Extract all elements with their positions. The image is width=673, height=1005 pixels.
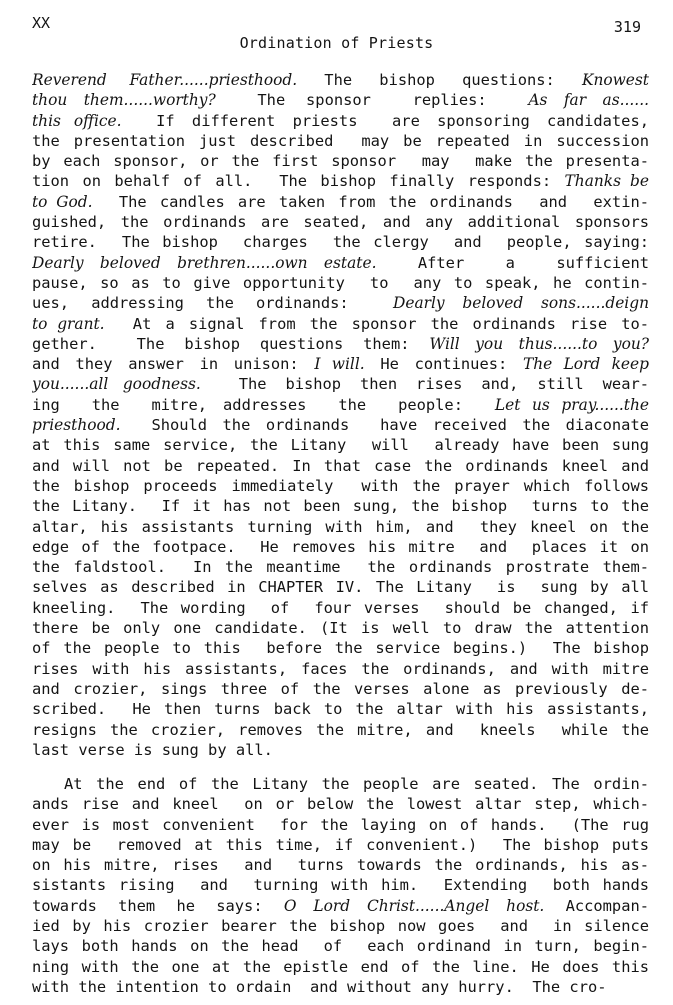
text-run: and they answer in unison:: [32, 355, 314, 373]
italic-quote: to God.: [32, 193, 93, 211]
chapter-label: XX: [32, 14, 50, 32]
text-run: on his mitre, rises and turns towards th…: [32, 856, 649, 874]
text-run: ever is most convenient for the laying o…: [32, 816, 649, 834]
text-run: The bishop questions:: [297, 71, 582, 89]
text-line: selves as described in CHAPTER IV. The L…: [32, 577, 649, 597]
text-run: the faldstool. In the meantime the ordin…: [32, 558, 649, 576]
text-run: the bishop proceeds immediately with the…: [32, 477, 649, 495]
text-line: towards them he says: O Lord Christ.....…: [32, 896, 649, 916]
text-run: there be only one candidate. (It is well…: [32, 619, 649, 637]
text-run: and crozier, sings three of the verses a…: [32, 680, 649, 698]
text-run: sistants rising and turning with him. Ex…: [32, 876, 649, 894]
text-run: At the end of the Litany the people are …: [64, 775, 649, 793]
text-line: you......all goodness. The bishop then r…: [32, 374, 649, 394]
text-run: last verse is sung by all.: [32, 741, 273, 759]
text-run: He continues:: [365, 355, 523, 373]
text-run: and will not be repeated. In that case t…: [32, 457, 649, 475]
text-run: with the intention to ordain and without…: [32, 978, 607, 996]
text-line: resigns the crozier, removes the mitre, …: [32, 720, 649, 740]
text-run: ands rise and kneel on or below the lowe…: [32, 795, 649, 813]
italic-quote: to grant.: [32, 315, 105, 333]
text-line: this office. If different priests are sp…: [32, 111, 649, 131]
italic-quote: I will.: [314, 355, 364, 373]
italic-quote: Let us pray......the: [495, 396, 649, 414]
text-run: Accompan-: [544, 897, 649, 915]
text-run: ing the mitre, addresses the people:: [32, 396, 495, 414]
text-line: and will not be repeated. In that case t…: [32, 456, 649, 476]
text-run: ning with the one at the epistle end of …: [32, 958, 649, 976]
text-line: Dearly beloved brethren......own estate.…: [32, 253, 649, 273]
text-line: last verse is sung by all.: [32, 740, 649, 760]
text-line: At the end of the Litany the people are …: [32, 774, 649, 794]
text-line: altar, his assistants turning with him, …: [32, 517, 649, 537]
text-line: thou them......worthy? The sponsor repli…: [32, 90, 649, 110]
text-run: guished, the ordinands are seated, and a…: [32, 213, 649, 231]
text-run: pause, so as to give opportunity to any …: [32, 274, 649, 292]
italic-quote: priesthood.: [32, 416, 121, 434]
text-line: ing the mitre, addresses the people: Let…: [32, 395, 649, 415]
text-line: ning with the one at the epistle end of …: [32, 957, 649, 977]
text-line: the bishop proceeds immediately with the…: [32, 476, 649, 496]
text-line: there be only one candidate. (It is well…: [32, 618, 649, 638]
text-run: towards them he says:: [32, 897, 284, 915]
italic-quote: Will you thus......to you?: [429, 335, 649, 353]
text-line: and crozier, sings three of the verses a…: [32, 679, 649, 699]
text-line: ues, addressing the ordinands: Dearly be…: [32, 293, 649, 313]
text-line: of the people to this before the service…: [32, 638, 649, 658]
text-line: to grant. At a signal from the sponsor t…: [32, 314, 649, 334]
text-run: resigns the crozier, removes the mitre, …: [32, 721, 649, 739]
text-line: priesthood. Should the ordinands have re…: [32, 415, 649, 435]
italic-quote: O Lord Christ......Angel host.: [284, 897, 544, 915]
text-line: may be removed at this time, if convenie…: [32, 835, 649, 855]
italic-quote: this office.: [32, 112, 122, 130]
text-run: at this same service, the Litany will al…: [32, 436, 649, 454]
italic-quote: The Lord keep: [523, 355, 649, 373]
text-line: guished, the ordinands are seated, and a…: [32, 212, 649, 232]
text-line: and they answer in unison: I will. He co…: [32, 354, 649, 374]
text-run: by each sponsor, or the first sponsor ma…: [32, 152, 649, 170]
text-run: edge of the footpace. He removes his mit…: [32, 538, 649, 556]
text-line: the faldstool. In the meantime the ordin…: [32, 557, 649, 577]
text-line: sistants rising and turning with him. Ex…: [32, 875, 649, 895]
italic-quote: As far as......: [528, 91, 649, 109]
text-run: retire. The bishop charges the clergy an…: [32, 233, 649, 251]
text-line: kneeling. The wording of four verses sho…: [32, 598, 649, 618]
text-line: ands rise and kneel on or below the lowe…: [32, 794, 649, 814]
text-run: the Litany. If it has not been sung, the…: [32, 497, 649, 515]
text-run: At a signal from the sponsor the ordinan…: [105, 315, 649, 333]
italic-quote: Dearly beloved brethren......own estate.: [32, 254, 376, 272]
text-run: the presentation just described may be r…: [32, 132, 649, 150]
text-run: The candles are taken from the ordinands…: [93, 193, 649, 211]
text-run: The sponsor replies:: [216, 91, 529, 109]
text-run: rises with his assistants, faces the ord…: [32, 660, 649, 678]
text-line: scribed. He then turns back to the altar…: [32, 699, 649, 719]
text-line: at this same service, the Litany will al…: [32, 435, 649, 455]
text-run: scribed. He then turns back to the altar…: [32, 700, 649, 718]
italic-quote: Knowest: [582, 71, 649, 89]
italic-quote: Thanks be: [565, 172, 649, 190]
text-run: ues, addressing the ordinands:: [32, 294, 393, 312]
text-run: Should the ordinands have received the d…: [121, 416, 649, 434]
text-line: the presentation just described may be r…: [32, 131, 649, 151]
text-line: ied by his crozier bearer the bishop now…: [32, 916, 649, 936]
text-line: lays both hands on the head of each ordi…: [32, 936, 649, 956]
text-line: by each sponsor, or the first sponsor ma…: [32, 151, 649, 171]
text-line: gether. The bishop questions them: Will …: [32, 334, 649, 354]
text-run: may be removed at this time, if convenie…: [32, 836, 649, 854]
italic-quote: thou them......worthy?: [32, 91, 216, 109]
text-line: rises with his assistants, faces the ord…: [32, 659, 649, 679]
italic-quote: you......all goodness.: [32, 375, 201, 393]
text-line: tion on behalf of all. The bishop finall…: [32, 171, 649, 191]
text-line: the Litany. If it has not been sung, the…: [32, 496, 649, 516]
page-title: Ordination of Priests: [0, 34, 673, 52]
text-line: pause, so as to give opportunity to any …: [32, 273, 649, 293]
text-run: After a sufficient: [376, 254, 649, 272]
text-line: to God. The candles are taken from the o…: [32, 192, 649, 212]
text-line: Reverend Father......priesthood. The bis…: [32, 70, 649, 90]
text-line: ever is most convenient for the laying o…: [32, 815, 649, 835]
text-run: gether. The bishop questions them:: [32, 335, 429, 353]
text-run: If different priests are sponsoring cand…: [122, 112, 649, 130]
text-line: with the intention to ordain and without…: [32, 977, 649, 997]
text-run: lays both hands on the head of each ordi…: [32, 937, 649, 955]
text-run: selves as described in CHAPTER IV. The L…: [32, 578, 649, 596]
text-run: The bishop then rises and, still wear-: [201, 375, 649, 393]
text-run: kneeling. The wording of four verses sho…: [32, 599, 649, 617]
text-run: tion on behalf of all. The bishop finall…: [32, 172, 565, 190]
text-run: of the people to this before the service…: [32, 639, 649, 657]
paragraph-2: At the end of the Litany the people are …: [32, 774, 649, 997]
italic-quote: Reverend Father......priesthood.: [32, 71, 297, 89]
italic-quote: Dearly beloved sons......deign: [393, 294, 649, 312]
text-line: retire. The bishop charges the clergy an…: [32, 232, 649, 252]
text-run: ied by his crozier bearer the bishop now…: [32, 917, 649, 935]
text-run: altar, his assistants turning with him, …: [32, 518, 649, 536]
text-line: edge of the footpace. He removes his mit…: [32, 537, 649, 557]
text-line: on his mitre, rises and turns towards th…: [32, 855, 649, 875]
paragraph-1: Reverend Father......priesthood. The bis…: [32, 70, 649, 760]
